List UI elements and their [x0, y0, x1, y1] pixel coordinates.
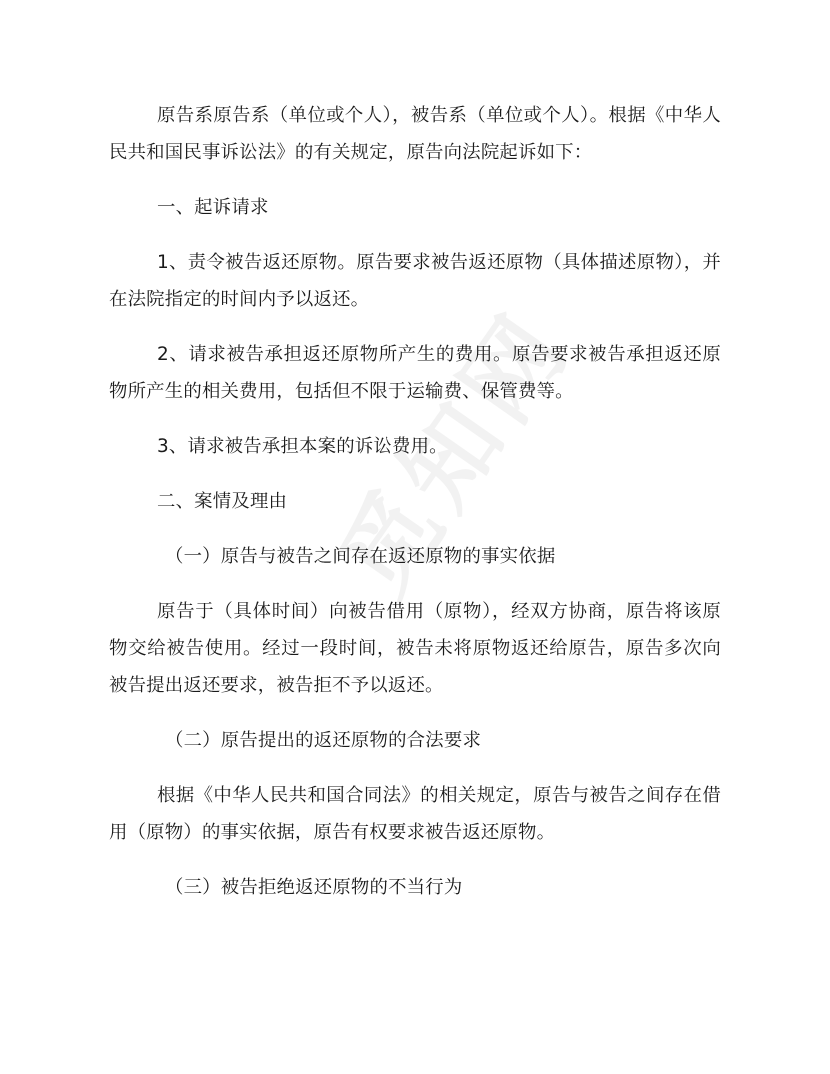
paragraph-facts: 原告于（具体时间）向被告借用（原物），经双方协商，原告将该原物交给被告使用。经过…: [109, 593, 721, 704]
heading-facts-and-reasons: 二、案情及理由: [109, 483, 721, 520]
heading-claims: 一、起诉请求: [109, 189, 721, 226]
paragraph-claim-2: 2、请求被告承担返还原物所产生的费用。原告要求被告承担返还原物所产生的相关费用，…: [109, 336, 721, 410]
document-page: 觅知网 原告系原告系（单位或个人），被告系（单位或个人）。根据《中华人民共和国民…: [0, 0, 830, 1074]
paragraph-intro: 原告系原告系（单位或个人），被告系（单位或个人）。根据《中华人民共和国民事诉讼法…: [109, 97, 721, 171]
document-body: 原告系原告系（单位或个人），被告系（单位或个人）。根据《中华人民共和国民事诉讼法…: [109, 97, 721, 906]
subheading-legal-request: （二）原告提出的返还原物的合法要求: [109, 722, 721, 759]
subheading-improper-conduct: （三）被告拒绝返还原物的不当行为: [109, 869, 721, 906]
paragraph-legal-basis: 根据《中华人民共和国合同法》的相关规定，原告与被告之间存在借用（原物）的事实依据…: [109, 777, 721, 851]
paragraph-claim-3: 3、请求被告承担本案的诉讼费用。: [109, 428, 721, 465]
subheading-factual-basis: （一）原告与被告之间存在返还原物的事实依据: [109, 538, 721, 575]
paragraph-claim-1: 1、责令被告返还原物。原告要求被告返还原物（具体描述原物），并在法院指定的时间内…: [109, 244, 721, 318]
